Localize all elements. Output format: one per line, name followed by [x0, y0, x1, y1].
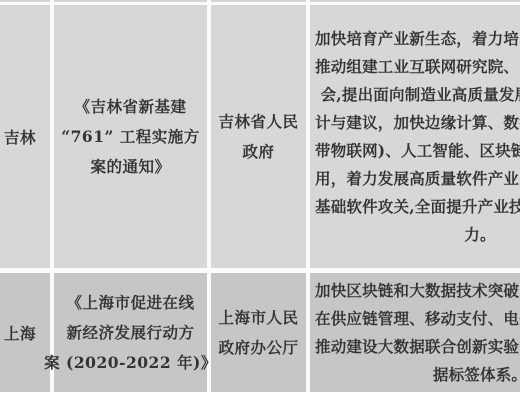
issuer-line: 吉林省人民 [218, 107, 298, 137]
policy-title-line: 《吉林省新基建 [74, 92, 186, 122]
issuer-cell-jilin: 吉林省人民 政府 [211, 5, 306, 268]
content-line: 力。 [464, 221, 500, 249]
content-line: 推动建设大数据联合创新实验 [315, 333, 519, 361]
content-line: 会,提出面向制造业高质量发展 [315, 81, 520, 109]
content-line: 据标签体系。 [433, 361, 520, 389]
policy-title-cell-shanghai: 《上海市促进在线 新经济发展行动方 案 (2020-2022 年)》 [54, 273, 207, 392]
content-line: 在供应链管理、移动支付、电子 [315, 305, 520, 333]
policy-table-screenshot: 吉林 《吉林省新基建 “761” 工程实施方 案的通知》 吉林省人民 政府 加快… [0, 0, 520, 400]
content-line: 加快培育产业新生态，着力培 [315, 25, 519, 53]
content-line: 带物联网)、人工智能、区块链 [315, 137, 520, 165]
issuer-line: 政府办公厅 [218, 333, 298, 363]
region-label: 上海 [4, 322, 36, 344]
policy-title-line: 新经济发展行动方 [66, 318, 194, 348]
region-cell-jilin: 吉林 [0, 5, 50, 268]
content-cell-shanghai: 加快区块链和大数据技术突破 在供应链管理、移动支付、电子 推动建设大数据联合创新… [310, 273, 520, 392]
content-line: 计与建议，加快边缘计算、数字 [315, 109, 520, 137]
policy-title-line: “761” 工程实施方 [61, 122, 200, 152]
policy-title-line: 《上海市促进在线 [66, 288, 194, 318]
policy-title-cell-jilin: 《吉林省新基建 “761” 工程实施方 案的通知》 [54, 5, 207, 268]
issuer-line: 上海市人民 [218, 303, 298, 333]
content-line: 加快区块链和大数据技术突破 [315, 277, 519, 305]
content-line: 基础软件攻关,全面提升产业技 [315, 193, 520, 221]
content-line: 用，着力发展高质量软件产业 [315, 165, 519, 193]
issuer-line: 政府 [242, 137, 274, 167]
region-label: 吉林 [4, 126, 36, 148]
policy-title-line: 案的通知》 [90, 152, 170, 182]
region-cell-shanghai: 上海 [0, 273, 50, 392]
content-cell-jilin: 加快培育产业新生态，着力培 推动组建工业互联网研究院、 会,提出面向制造业高质量… [310, 5, 520, 268]
content-line: 推动组建工业互联网研究院、 [315, 53, 519, 81]
issuer-cell-shanghai: 上海市人民 政府办公厅 [211, 273, 306, 392]
policy-title-line: 案 (2020-2022 年)》 [44, 348, 217, 378]
